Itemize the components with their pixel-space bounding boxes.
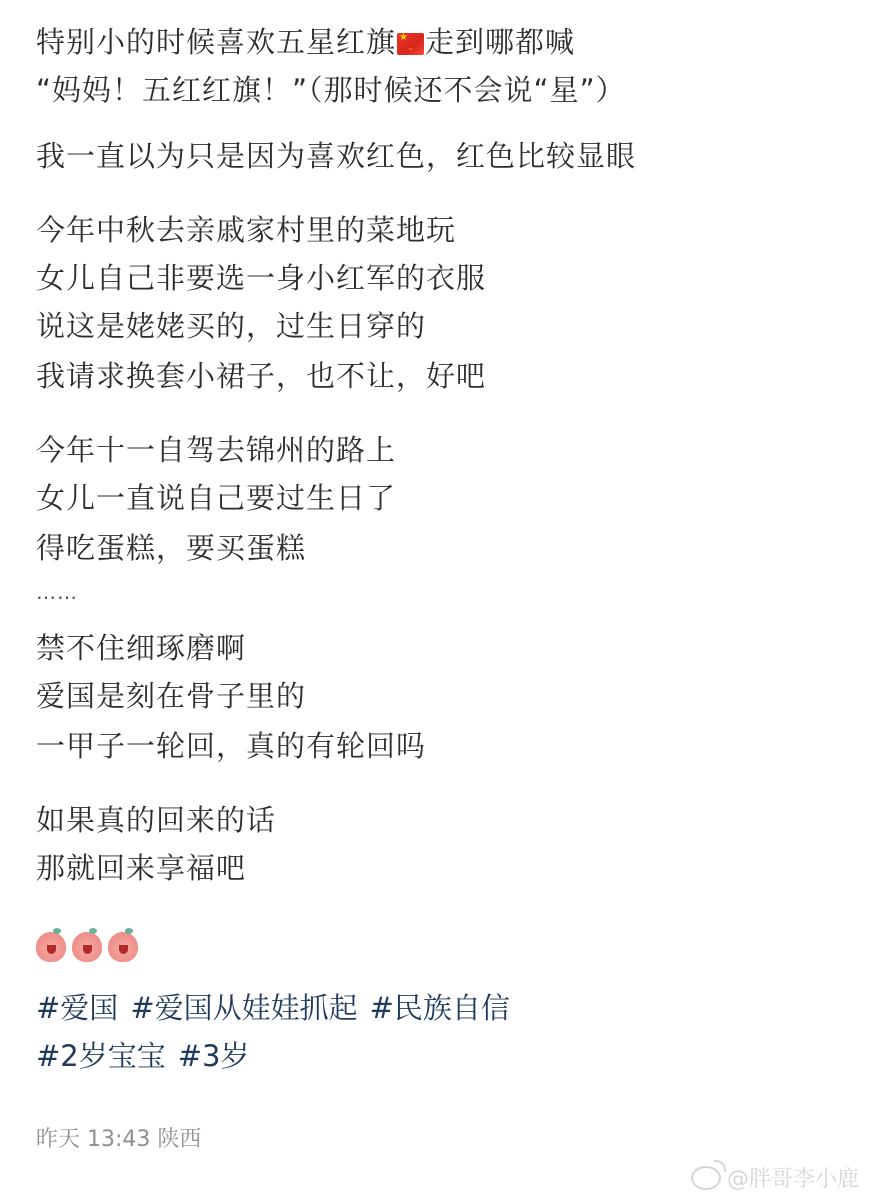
watermark-text: @胖哥李小鹿 [727,1162,859,1193]
post-meta: 昨天 13:43 陕西 [36,1122,201,1153]
post-line: 爱国是刻在骨子里的 [36,676,306,716]
hashtag-row: #爱国#爱国从娃娃抓起#民族自信 [36,984,522,1032]
weibo-logo-icon [691,1166,721,1190]
china-flag-icon [397,33,424,55]
post-line: 今年中秋去亲戚家村里的菜地玩 [36,210,456,250]
post-line-text: 走到哪都喊 [425,25,575,59]
hashtag-minzu-zixin[interactable]: #民族自信 [370,991,510,1025]
hashtag-aiguo[interactable]: #爱国 [36,991,118,1025]
hashtag-3-sui[interactable]: #3岁 [178,1039,250,1073]
post-line: 女儿一直说自己要过生日了 [36,478,396,518]
hashtag-row: #2岁宝宝#3岁 [36,1032,522,1080]
post-line: 禁不住细琢磨啊 [36,628,246,668]
watermark: @胖哥李小鹿 [691,1162,859,1193]
hashtag-2-sui-baobao[interactable]: #2岁宝宝 [36,1039,166,1073]
laughing-pig-emoji-icon [36,932,66,962]
laughing-pig-emoji-icon [108,932,138,962]
post-line: 今年十一自驾去锦州的路上 [36,430,396,470]
post-line: 女儿自己非要选一身小红军的衣服 [36,258,486,298]
hashtag-list: #爱国#爱国从娃娃抓起#民族自信 #2岁宝宝#3岁 [36,984,522,1080]
timestamp: 昨天 13:43 [36,1127,150,1152]
location: 陕西 [157,1127,201,1152]
post-line: 我一直以为只是因为喜欢红色，红色比较显眼 [36,136,636,176]
post-line-text: 特别小的时候喜欢五星红旗 [36,25,396,59]
post-line: 我请求换套小裙子，也不让，好吧 [36,356,486,396]
hashtag-aiguo-wawa[interactable]: #爱国从娃娃抓起 [130,991,357,1025]
laughing-pig-emoji-icon [72,932,102,962]
post-line: 说这是姥姥买的，过生日穿的 [36,306,426,346]
emoji-row [36,932,138,962]
post-line: 一甲子一轮回，真的有轮回吗 [36,726,426,766]
post-line: 特别小的时候喜欢五星红旗走到哪都喊 [36,22,575,62]
post-line: 那就回来享福吧 [36,848,246,888]
ellipsis-line: …… [36,572,78,612]
post-line: 得吃蛋糕，要买蛋糕 [36,528,306,568]
post-line: 如果真的回来的话 [36,800,276,840]
post-line: “妈妈！五红红旗！”（那时候还不会说“星”） [36,70,626,110]
